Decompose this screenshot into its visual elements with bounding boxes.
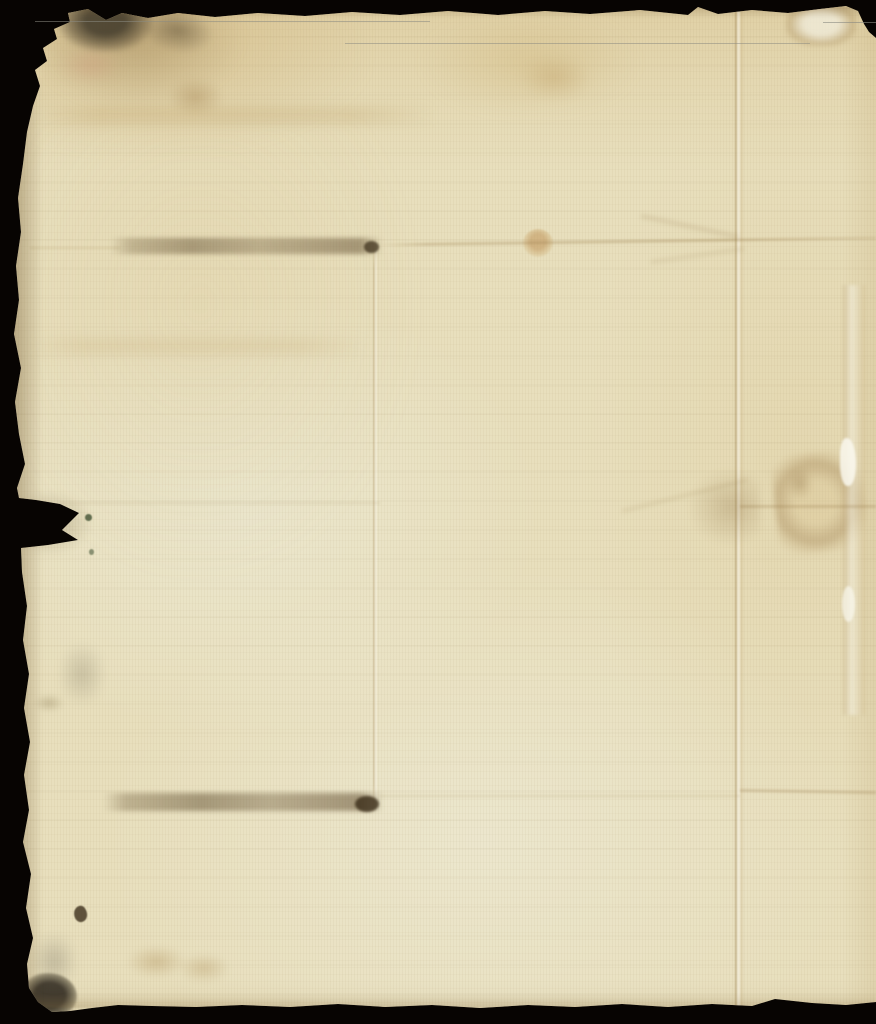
horizontal-fold-crease-upper-left [30, 247, 120, 249]
scanner-artifact-line-middle [345, 43, 810, 44]
scanner-bed [0, 0, 876, 1024]
top-middle-stain-lobe [520, 55, 590, 100]
right-edge-white-chip-upper [840, 438, 856, 486]
pink-tinge-stain [58, 46, 123, 84]
upper-fold-smudge-end-blob [364, 241, 379, 253]
right-edge-pale-strip [843, 285, 865, 715]
horizontal-fold-crease-lower-mid [380, 795, 740, 797]
seal-ghost-dark-dot [788, 468, 813, 500]
horizontal-fold-crease-middle-left [60, 502, 380, 504]
left-torn-edge-shadow [12, 80, 42, 1005]
scanner-artifact-line-upper-right [823, 22, 876, 23]
scanner-artifact-line-upper-left [35, 21, 430, 22]
paper-sheet [0, 0, 876, 1024]
bottom-lobed-brown-stain [125, 945, 230, 987]
top-left-stain-lobe [168, 78, 223, 116]
lower-fold-smudge-end-blob [355, 796, 379, 812]
left-edge-hatch-smudge [58, 642, 106, 706]
horizontal-fold-crease-middle-right [740, 505, 876, 508]
torn-notch-shadow [16, 492, 91, 554]
right-edge-white-chip-lower [842, 586, 855, 622]
vertical-fold-crease-left [373, 240, 377, 812]
upper-fold-smudge-line [110, 238, 382, 254]
faint-horizontal-band-middle [30, 338, 370, 354]
top-edge-shadow [80, 6, 876, 18]
bottom-edge-shadow [30, 994, 876, 1008]
lower-fold-smudge-line [103, 793, 383, 811]
